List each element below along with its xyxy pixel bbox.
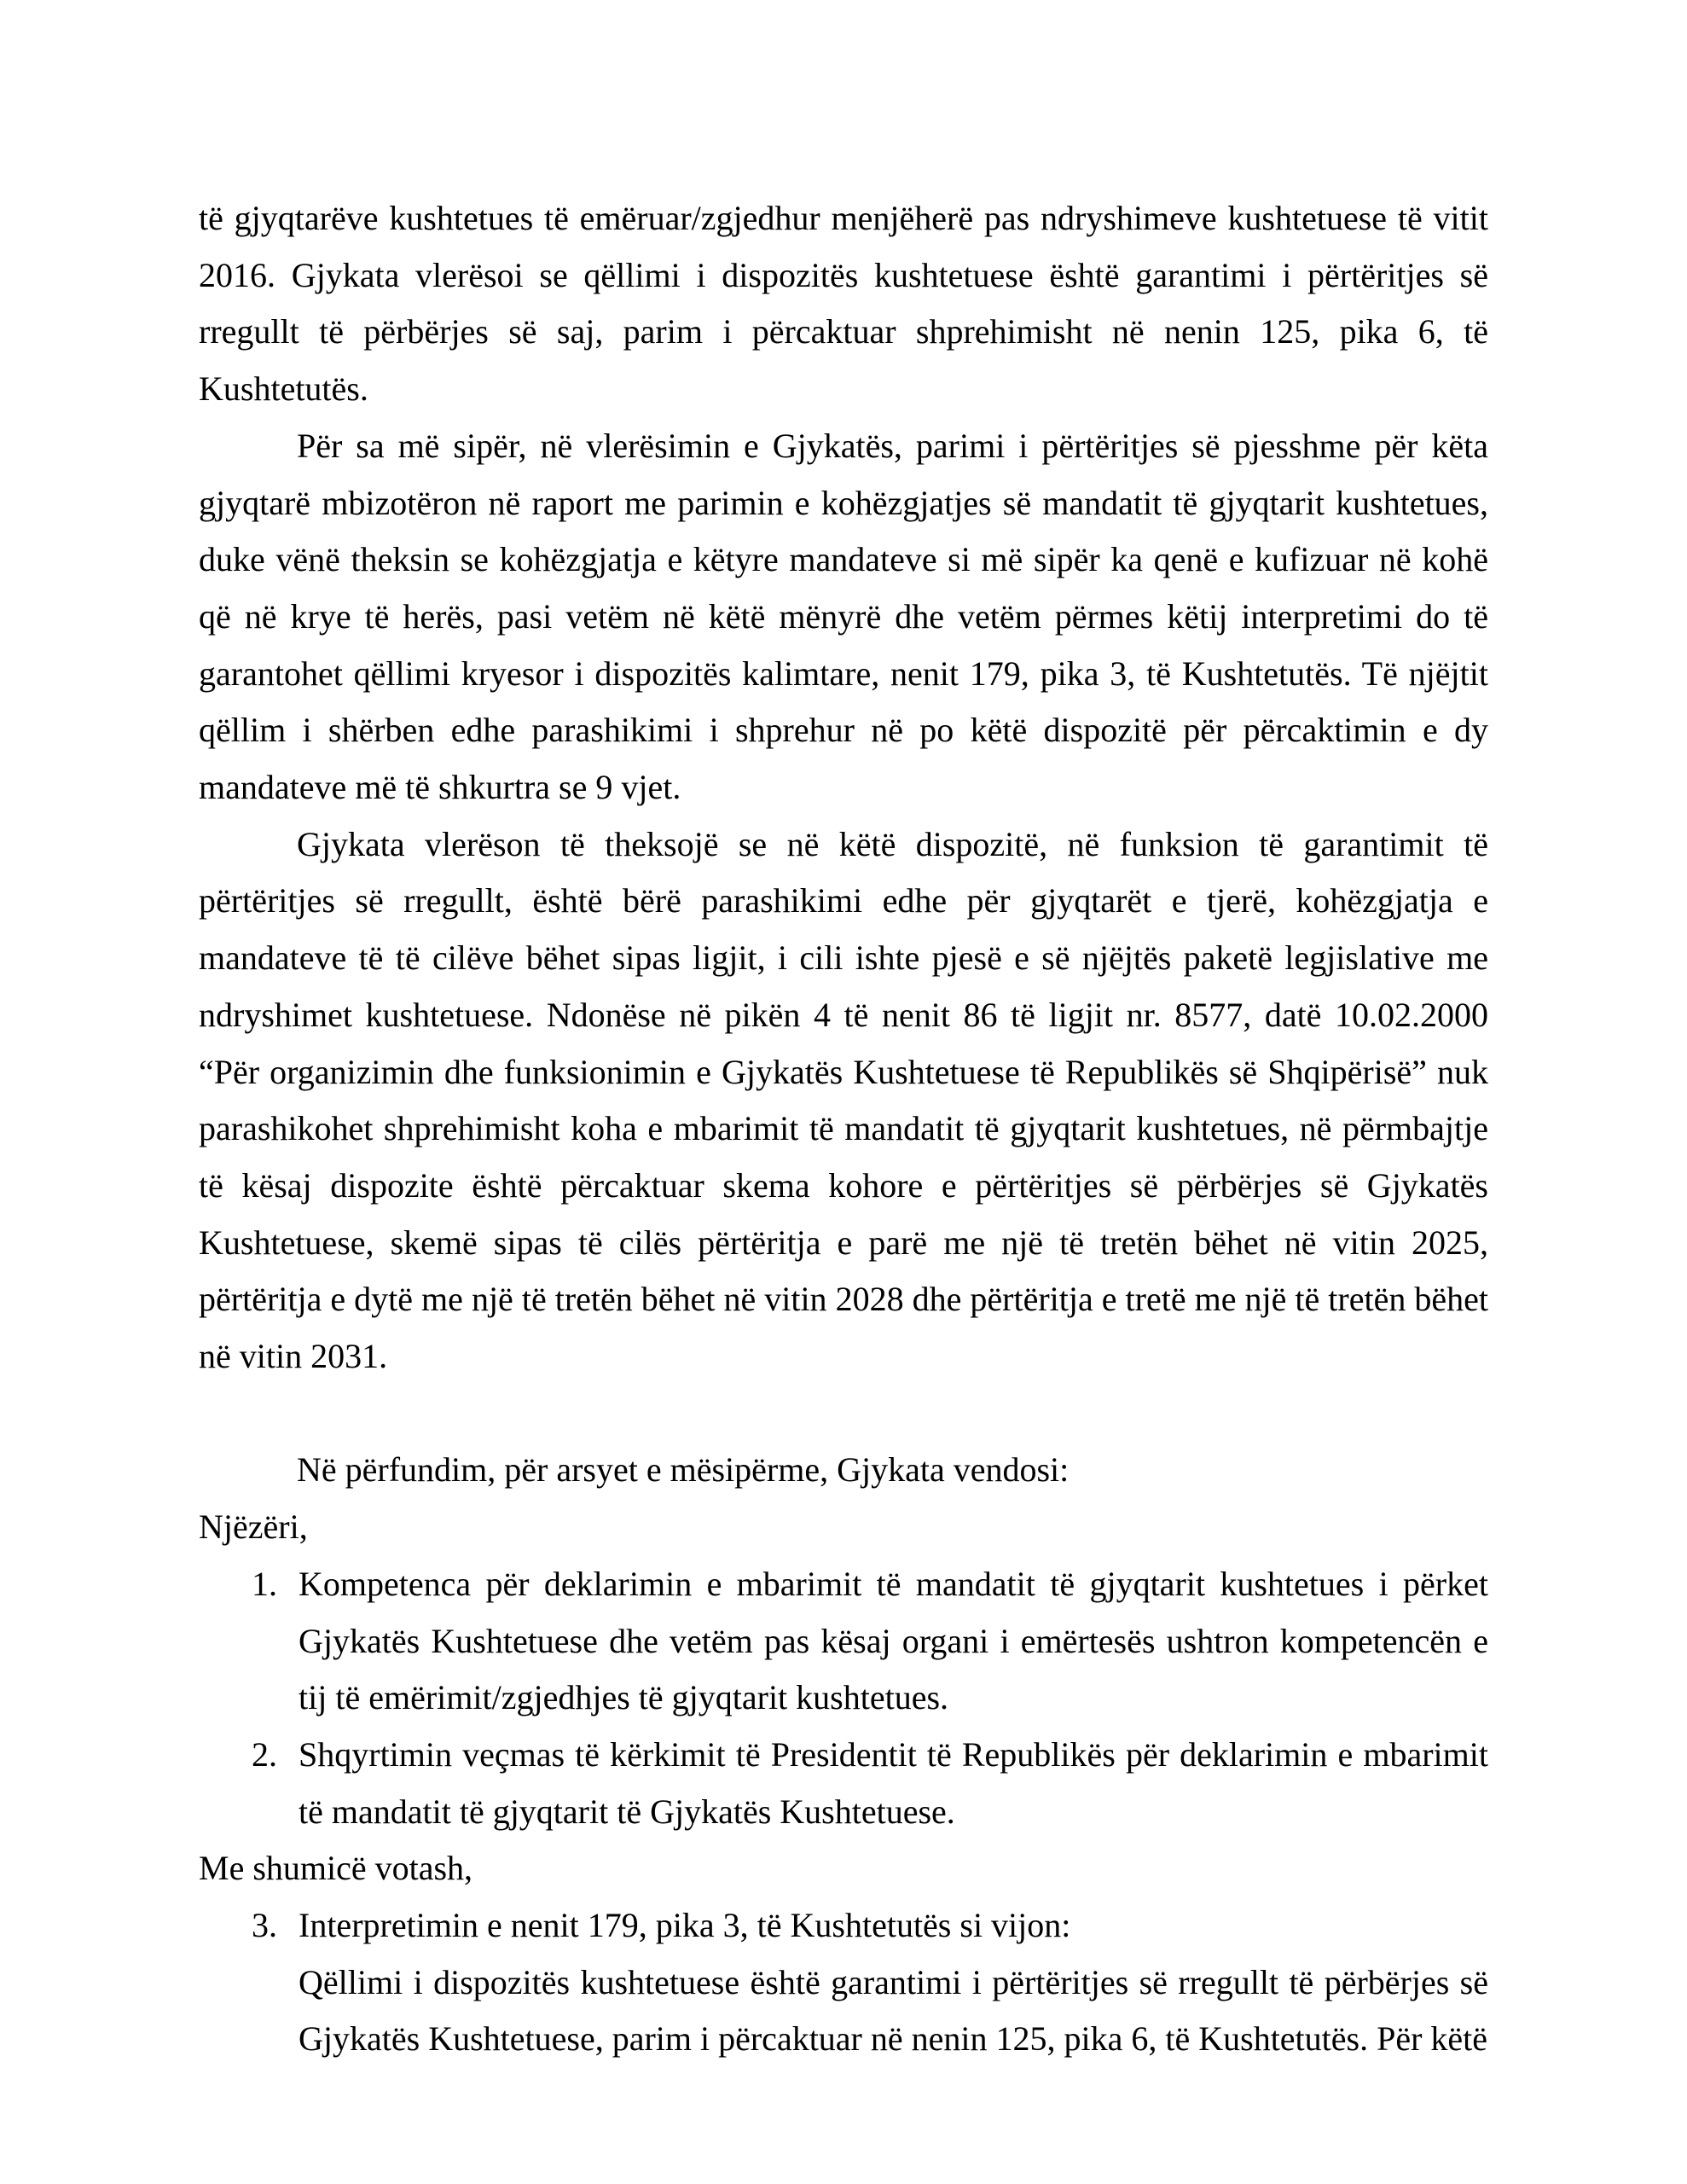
majority-label: Me shumicë votash,: [199, 1840, 1488, 1897]
decision-item-2: 2. Shqyrtimin veçmas të kërkimit të Pres…: [199, 1727, 1488, 1840]
document-page: të gjyqtarëve kushtetues të emëruar/zgje…: [199, 190, 1488, 2068]
decision-item-1: 1. Kompetenca për deklarimin e mbarimit …: [199, 1556, 1488, 1727]
majority-decision-list: 3. Interpretimin e nenit 179, pika 3, të…: [199, 1897, 1488, 2068]
unanimous-decision-list: 1. Kompetenca për deklarimin e mbarimit …: [199, 1556, 1488, 1841]
blank-line: [199, 1385, 1488, 1443]
decision-text: Interpretimin e nenit 179, pika 3, të Ku…: [299, 1897, 1488, 1955]
paragraph-continuation: të gjyqtarëve kushtetues të emëruar/zgje…: [199, 190, 1488, 418]
decision-number: 3.: [252, 1897, 277, 1955]
paragraph-renewal-scheme: Gjykata vlerëson të theksojë se në këtë …: [199, 816, 1488, 1385]
decision-text: Kompetenca për deklarimin e mbarimit të …: [299, 1556, 1488, 1727]
conclusion-intro: Në përfundim, për arsyet e mësipërme, Gj…: [199, 1442, 1488, 1499]
decision-number: 2.: [252, 1727, 277, 1784]
decision-number: 1.: [252, 1556, 277, 1613]
decision-text: Shqyrtimin veçmas të kërkimit të Preside…: [299, 1727, 1488, 1840]
paragraph-partial-renewal: Për sa më sipër, në vlerësimin e Gjykatë…: [199, 418, 1488, 816]
unanimous-label: Njëzëri,: [199, 1499, 1488, 1556]
decision-item-3: 3. Interpretimin e nenit 179, pika 3, të…: [199, 1897, 1488, 2068]
decision-interpretation: Qëllimi i dispozitës kushtetuese është g…: [299, 1955, 1488, 2068]
